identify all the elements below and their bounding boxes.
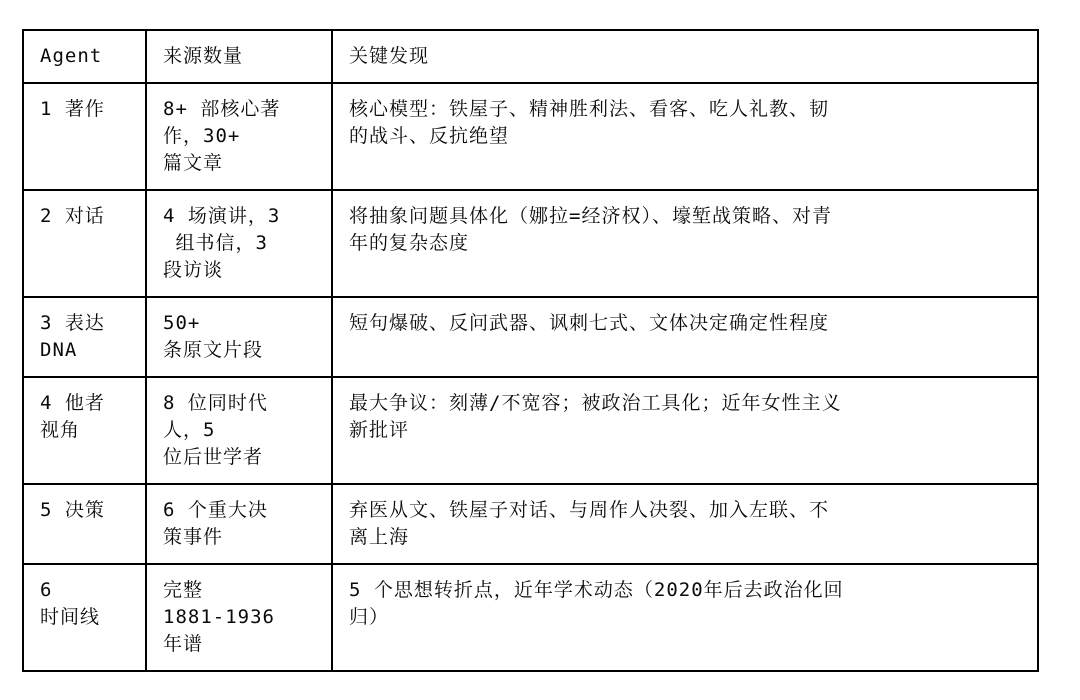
table-row: 2 对话 4 场演讲，3 组书信，3 段访谈 将抽象问题具体化（娜拉=经济权）、…	[23, 190, 1038, 297]
findings-cell: 短句爆破、反问武器、讽刺七式、文体决定确定性程度	[332, 297, 1038, 377]
sources-cell: 8+ 部核心著 作，30+ 篇文章	[146, 83, 332, 190]
column-header-agent: Agent	[23, 30, 146, 83]
table-row: 3 表达 DNA 50+ 条原文片段 短句爆破、反问武器、讽刺七式、文体决定确定…	[23, 297, 1038, 377]
findings-cell: 5 个思想转折点，近年学术动态（2020年后去政治化回 归）	[332, 564, 1038, 671]
sources-cell: 8 位同时代 人，5 位后世学者	[146, 377, 332, 484]
agent-summary-table-container: Agent 来源数量 关键发现 1 著作 8+ 部核心著 作，30+ 篇文章 核…	[22, 29, 1039, 672]
agent-cell: 1 著作	[23, 83, 146, 190]
table-row: 4 他者 视角 8 位同时代 人，5 位后世学者 最大争议：刻薄/不宽容；被政治…	[23, 377, 1038, 484]
agent-cell: 4 他者 视角	[23, 377, 146, 484]
table-row: 5 决策 6 个重大决 策事件 弃医从文、铁屋子对话、与周作人决裂、加入左联、不…	[23, 484, 1038, 564]
findings-cell: 最大争议：刻薄/不宽容；被政治工具化；近年女性主义 新批评	[332, 377, 1038, 484]
agent-cell: 3 表达 DNA	[23, 297, 146, 377]
header-row: Agent 来源数量 关键发现	[23, 30, 1038, 83]
sources-cell: 6 个重大决 策事件	[146, 484, 332, 564]
agent-cell: 2 对话	[23, 190, 146, 297]
sources-cell: 4 场演讲，3 组书信，3 段访谈	[146, 190, 332, 297]
findings-cell: 核心模型：铁屋子、精神胜利法、看客、吃人礼教、韧 的战斗、反抗绝望	[332, 83, 1038, 190]
column-header-findings: 关键发现	[332, 30, 1038, 83]
sources-cell: 完整 1881-1936 年谱	[146, 564, 332, 671]
findings-cell: 弃医从文、铁屋子对话、与周作人决裂、加入左联、不 离上海	[332, 484, 1038, 564]
agent-cell: 6 时间线	[23, 564, 146, 671]
column-header-sources: 来源数量	[146, 30, 332, 83]
agent-cell: 5 决策	[23, 484, 146, 564]
agent-summary-table: Agent 来源数量 关键发现 1 著作 8+ 部核心著 作，30+ 篇文章 核…	[22, 29, 1039, 672]
sources-cell: 50+ 条原文片段	[146, 297, 332, 377]
findings-cell: 将抽象问题具体化（娜拉=经济权）、壕堑战策略、对青 年的复杂态度	[332, 190, 1038, 297]
table-row: 1 著作 8+ 部核心著 作，30+ 篇文章 核心模型：铁屋子、精神胜利法、看客…	[23, 83, 1038, 190]
table-row: 6 时间线 完整 1881-1936 年谱 5 个思想转折点，近年学术动态（20…	[23, 564, 1038, 671]
